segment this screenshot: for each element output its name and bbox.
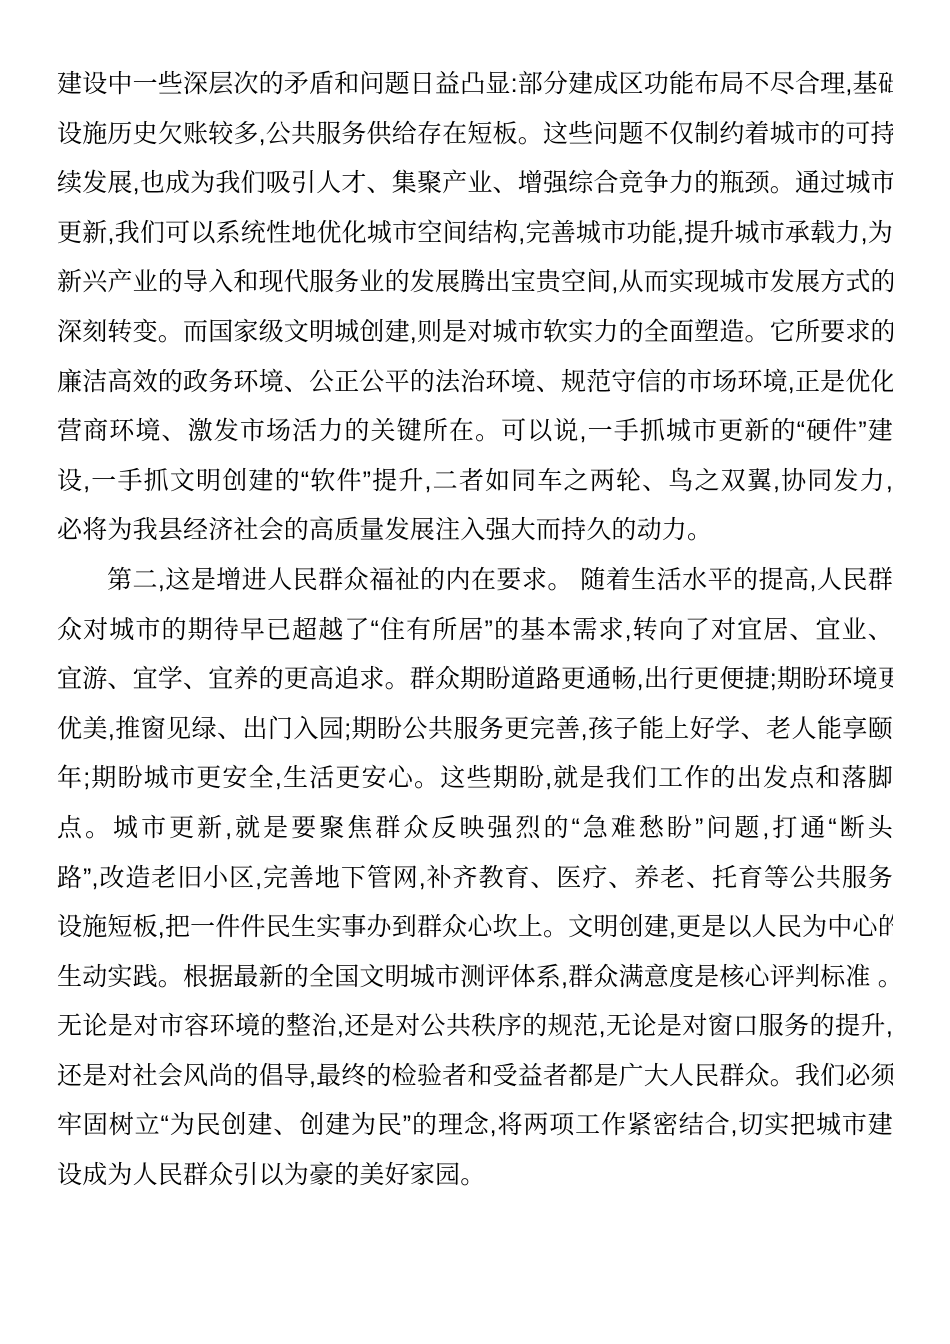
text-line: 营商环境、激发市场活力的关键所在。可以说,一手抓城市更新的“硬件”建 <box>57 407 893 457</box>
text-line: 年;期盼城市更安全,生活更安心。这些期盼,就是我们工作的出发点和落脚 <box>57 754 893 804</box>
text-line: 更新,我们可以系统性地优化城市空间结构,完善城市功能,提升城市承载力,为 <box>57 209 893 259</box>
text-line: 点。城市更新,就是要聚焦群众反映强烈的“急难愁盼”问题,打通“断头 <box>57 804 893 854</box>
text-line: 设施历史欠账较多,公共服务供给存在短板。这些问题不仅制约着城市的可持 <box>57 110 893 160</box>
text-line: 设,一手抓文明创建的“软件”提升,二者如同车之两轮、鸟之双翼,协同发力, <box>57 457 893 507</box>
text-line: 众对城市的期待早已超越了“住有所居”的基本需求,转向了对宜居、宜业、 <box>57 606 893 656</box>
text-line: 路”,改造老旧小区,完善地下管网,补齐教育、医疗、养老、托育等公共服务 <box>57 854 893 904</box>
text-line: 廉洁高效的政务环境、公正公平的法治环境、规范守信的市场环境,正是优化 <box>57 358 893 408</box>
text-line: 建设中一些深层次的矛盾和问题日益凸显:部分建成区功能布局不尽合理,基础 <box>57 60 893 110</box>
paragraph: 第二,这是增进人民群众福祉的内在要求。 随着生活水平的提高,人民群 众对城市的期… <box>57 556 893 1201</box>
text-line: 设成为人民群众引以为豪的美好家园。 <box>57 1151 893 1201</box>
text-line: 无论是对市容环境的整治,还是对公共秩序的规范,无论是对窗口服务的提升, <box>57 1002 893 1052</box>
document-page: 建设中一些深层次的矛盾和问题日益凸显:部分建成区功能布局不尽合理,基础 设施历史… <box>0 0 950 1344</box>
text-line: 优美,推窗见绿、出门入园;期盼公共服务更完善,孩子能上好学、老人能享颐 <box>57 705 893 755</box>
text-line: 续发展,也成为我们吸引人才、集聚产业、增强综合竞争力的瓶颈。通过城市 <box>57 159 893 209</box>
text-line: 还是对社会风尚的倡导,最终的检验者和受益者都是广大人民群众。我们必须 <box>57 1052 893 1102</box>
text-line: 第二,这是增进人民群众福祉的内在要求。 随着生活水平的提高,人民群 <box>57 556 893 606</box>
text-line: 宜游、宜学、宜养的更高追求。群众期盼道路更通畅,出行更便捷;期盼环境更 <box>57 655 893 705</box>
text-line: 牢固树立“为民创建、创建为民”的理念,将两项工作紧密结合,切实把城市建 <box>57 1101 893 1151</box>
text-line: 设施短板,把一件件民生实事办到群众心坎上。文明创建,更是以人民为中心的 <box>57 903 893 953</box>
text-line: 必将为我县经济社会的高质量发展注入强大而持久的动力。 <box>57 506 893 556</box>
text-line: 深刻转变。而国家级文明城创建,则是对城市软实力的全面塑造。它所要求的 <box>57 308 893 358</box>
text-line: 生动实践。根据最新的全国文明城市测评体系,群众满意度是核心评判标准 。 <box>57 953 893 1003</box>
text-line: 新兴产业的导入和现代服务业的发展腾出宝贵空间,从而实现城市发展方式的 <box>57 258 893 308</box>
paragraph: 建设中一些深层次的矛盾和问题日益凸显:部分建成区功能布局不尽合理,基础 设施历史… <box>57 60 893 556</box>
